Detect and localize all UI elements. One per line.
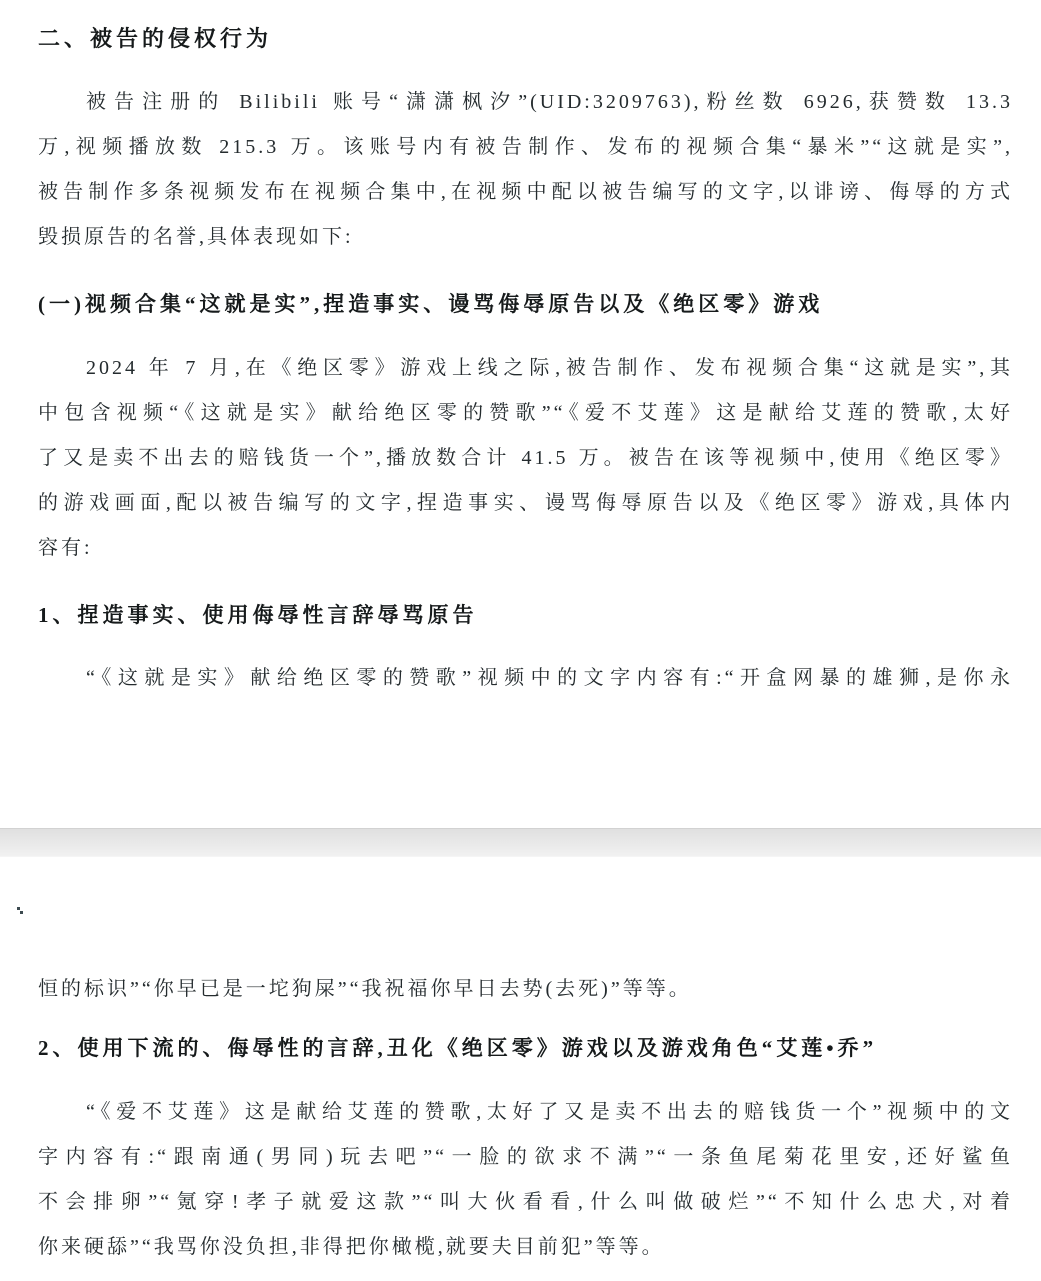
text-line: 2024 年 7 月,在《绝区零》游戏上线之际,被告制作、发布视频合集“这就是实… (38, 346, 1013, 391)
text-line: 被告制作多条视频发布在视频合集中,在视频中配以被告编写的文字,以诽谤、侮辱的方式 (38, 170, 1013, 215)
paragraph-item2: “《爱不艾莲》这是献给艾莲的赞歌,太好了又是卖不出去的赔钱货一个”视频中的文 字… (38, 1090, 1013, 1270)
paragraph-account-info: 被告注册的 Bilibili 账号“潇潇枫汐”(UID:3209763),粉丝数… (38, 80, 1013, 260)
scanned-page: 二、被告的侵权行为 被告注册的 Bilibili 账号“潇潇枫汐”(UID:32… (0, 26, 1041, 1270)
item1-heading: 1、捏造事实、使用侮辱性言辞辱骂原告 (38, 601, 1013, 629)
text-line: 字内容有:“跟南通(男同)玩去吧”“一脸的欲求不满”“一条鱼尾菊花里安,还好鲨鱼 (38, 1135, 1013, 1180)
text-line: “《这就是实》献给绝区零的赞歌”视频中的文字内容有:“开盒网暴的雄狮,是你永 (38, 656, 1013, 701)
page-gap-band (0, 828, 1041, 857)
text-line: 容有: (38, 526, 1013, 571)
item2-heading: 2、使用下流的、侮辱性的言辞,丑化《绝区零》游戏以及游戏角色“艾莲•乔” (38, 1034, 1013, 1062)
paragraph-item1-continuation: 恒的标识”“你早已是一坨狗屎”“我祝福你早日去势(去死)”等等。 (38, 967, 1013, 1012)
text-line: 万,视频播放数 215.3 万。该账号内有被告制作、发布的视频合集“暴米”“这就… (38, 125, 1013, 170)
text-line: 你来硬舔”“我骂你没负担,非得把你橄榄,就要夫目前犯”等等。 (38, 1225, 1013, 1270)
text-line: 中包含视频“《这就是实》献给绝区零的赞歌”“《爱不艾莲》这是献给艾莲的赞歌,太好 (38, 391, 1013, 436)
document-viewer: 二、被告的侵权行为 被告注册的 Bilibili 账号“潇潇枫汐”(UID:32… (0, 0, 1041, 1281)
paragraph-item1: “《这就是实》献给绝区零的赞歌”视频中的文字内容有:“开盒网暴的雄狮,是你永 (38, 656, 1013, 701)
text-line: 的游戏画面,配以被告编写的文字,捏造事实、谩骂侮辱原告以及《绝区零》游戏,具体内 (38, 481, 1013, 526)
subsection-heading: (一)视频合集“这就是实”,捏造事实、谩骂侮辱原告以及《绝区零》游戏 (38, 290, 1013, 318)
text-line: 恒的标识”“你早已是一坨狗屎”“我祝福你早日去势(去死)”等等。 (38, 967, 1013, 1012)
scan-artifact-speck (38, 907, 1013, 917)
paragraph-video-collection: 2024 年 7 月,在《绝区零》游戏上线之际,被告制作、发布视频合集“这就是实… (38, 346, 1013, 571)
text-line: 被告注册的 Bilibili 账号“潇潇枫汐”(UID:3209763),粉丝数… (38, 80, 1013, 125)
text-line: “《爱不艾莲》这是献给艾莲的赞歌,太好了又是卖不出去的赔钱货一个”视频中的文 (38, 1090, 1013, 1135)
text-line: 不会排卵”“氪穿!孝子就爱这款”“叫大伙看看,什么叫做破烂”“不知什么忠犬,对着 (38, 1180, 1013, 1225)
text-line: 毁损原告的名誉,具体表现如下: (38, 215, 1013, 260)
text-line: 了又是卖不出去的赔钱货一个”,播放数合计 41.5 万。被告在该等视频中,使用《… (38, 436, 1013, 481)
section-heading: 二、被告的侵权行为 (38, 26, 1013, 52)
